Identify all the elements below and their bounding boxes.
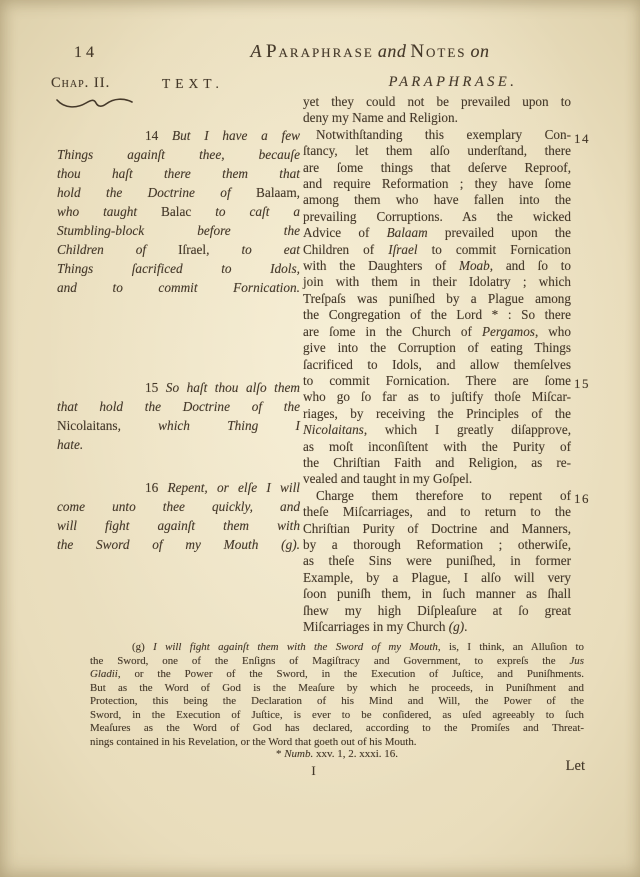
paragraph: Charge them therefore to repent oftheſe … — [303, 488, 571, 636]
text-line: Treſpaſs was puniſhed by a Plague among — [303, 291, 571, 307]
running-title-notes: Notes — [410, 41, 466, 62]
paragraph: yet they could not be prevailed upon tod… — [303, 94, 571, 127]
paraphrase-column: 14 15 16 yet they could not be prevailed… — [303, 94, 571, 635]
text-line: by a thorough Reformation ; otherwiſe, — [303, 537, 571, 553]
text-column-heading: TEXT. — [162, 76, 224, 92]
running-title: A Paraphrase and Notes on — [150, 41, 590, 63]
text-line: Charge them therefore to repent of — [303, 488, 571, 504]
chapter-label: Chap. II. — [51, 75, 110, 92]
text-line: hate. — [57, 435, 300, 454]
text-line: Sword, in the Execution of Juſtice, is e… — [90, 709, 584, 723]
text-line: (g) I will fight againſt them with the S… — [90, 641, 584, 655]
text-line: Things ſacrificed to Idols, — [57, 259, 300, 278]
text-line: who taught Balac to caſt a — [57, 202, 300, 221]
text-line: nings contained in his Revelation, or th… — [90, 736, 584, 750]
text-line: 16 Repent, or elſe I will — [57, 478, 300, 497]
text-line: Protection, this being the Declaration o… — [90, 695, 584, 709]
running-title-paraphrase: Paraphrase — [266, 41, 374, 62]
text-line: the Congregation of the Lord * : So ther… — [303, 307, 571, 323]
paraphrase-column-heading: PARAPHRASE. — [336, 74, 570, 91]
text-line: hold the Doctrine of Balaam, — [57, 183, 300, 202]
text-line: who go ſo far as to juſtify thoſe Miſcar… — [303, 389, 571, 405]
paragraph: 14 But I have a fewThings againſt thee, … — [57, 126, 300, 297]
page-number: 14 — [74, 44, 98, 62]
text-line: ſhew my high Diſpleaſure at ſo great — [303, 603, 571, 619]
text-line: 15 So haſt thou alſo them — [57, 378, 300, 397]
paraphrase-text: yet they could not be prevailed upon tod… — [303, 94, 571, 635]
text-line: as moſt inconſiſtent with the Purity of — [303, 439, 571, 455]
paragraph: Notwithſtanding this exemplary Con-ſtanc… — [303, 127, 571, 488]
text-line: prevailing Corruptions. As the wicked — [303, 209, 571, 225]
text-line: ſacrificed to Idols, and allow themſelve… — [303, 357, 571, 373]
text-line: theſe Miſcarriages, and to return to the — [303, 504, 571, 520]
text-line: ſoon puniſh them, in ſuch manner as ſhal… — [303, 586, 571, 602]
text-line: Nicolaitans, which Thing I — [57, 416, 300, 435]
text-line: ſtancy, let them alſo underſtand, there — [303, 143, 571, 159]
text-line: the Sword of my Mouth (g). — [57, 535, 300, 554]
text-line: Nicolaitans, which I greatly diſapprove, — [303, 422, 571, 438]
text-line: 14 But I have a few — [57, 126, 300, 145]
text-line: to commit Fornication. There are ſome — [303, 373, 571, 389]
text-line: Advice of Balaam prevailed upon the — [303, 225, 571, 241]
text-line: Children of Iſrael, to eat — [57, 240, 300, 259]
text-line: Chriſtian Purity of Doctrine and Manners… — [303, 521, 571, 537]
running-title-and: and — [378, 41, 407, 61]
text-line: Meaſures as the Word of God has declared… — [90, 722, 584, 736]
text-line: Children of Iſrael to commit Fornication — [303, 242, 571, 258]
paragraph: 16 Repent, or elſe I willcome unto thee … — [57, 478, 300, 554]
text-line: that hold the Doctrine of the — [57, 397, 300, 416]
footnote-block: (g) I will fight againſt them with the S… — [90, 641, 584, 749]
text-line: among them who have fallen into the — [303, 192, 571, 208]
chapter-flourish-ornament — [54, 93, 136, 111]
text-line: thou haſt there them that — [57, 164, 300, 183]
text-line: deny my Name and Religion. — [303, 110, 571, 126]
text-line: Things againſt thee, becauſe — [57, 145, 300, 164]
text-line: the Sword, one of the Enſigns of Magiſtr… — [90, 655, 584, 669]
text-line: join with them in their Idolatry ; which — [303, 274, 571, 290]
verse-marker-15: 15 — [574, 376, 604, 392]
text-line: Stumbling-block before the — [57, 221, 300, 240]
verse-marker-16: 16 — [574, 491, 604, 507]
text-line: as theſe Sins were puniſhed, in former — [303, 553, 571, 569]
text-line: and to commit Fornication. — [57, 278, 300, 297]
text-line: vealed and taught in my Goſpel. — [303, 471, 571, 487]
text-line: Miſcarriages in my Church (g). — [303, 619, 571, 635]
verse-marker-14: 14 — [574, 131, 604, 147]
text-line: come unto thee quickly, and — [57, 497, 300, 516]
text-line: are ſome things that deſerve Reproof, — [303, 160, 571, 176]
text-column: 14 But I have a fewThings againſt thee, … — [57, 126, 300, 554]
text-line: Gladii, or the Power of the Sword, in th… — [90, 668, 584, 682]
text-line: and require Reformation ; they have ſome — [303, 176, 571, 192]
paragraph: 15 So haſt thou alſo themthat hold the D… — [57, 378, 300, 454]
text-line: with the Daughters of Moab, and ſo to — [303, 258, 571, 274]
text-line: give into the Corruption of eating Thing… — [303, 340, 571, 356]
book-page: 14 A Paraphrase and Notes on Chap. II. T… — [0, 0, 640, 877]
text-line: But as the Word of God is the Meaſure by… — [90, 682, 584, 696]
text-line: will fight againſt them with — [57, 516, 300, 535]
catchword: Let — [400, 758, 585, 775]
text-line: the Chriſtian Faith and Religion, as re- — [303, 455, 571, 471]
text-line: Notwithſtanding this exemplary Con- — [303, 127, 571, 143]
running-title-a: A — [250, 41, 262, 61]
text-line: Example, by a Plague, I alſo will very — [303, 570, 571, 586]
text-line: yet they could not be prevailed upon to — [303, 94, 571, 110]
paragraph: (g) I will fight againſt them with the S… — [90, 641, 584, 749]
text-line: riages, by receiving the Principles of t… — [303, 406, 571, 422]
text-line: are ſome in the Church of Pergamos, who — [303, 324, 571, 340]
running-title-on: on — [471, 41, 490, 61]
